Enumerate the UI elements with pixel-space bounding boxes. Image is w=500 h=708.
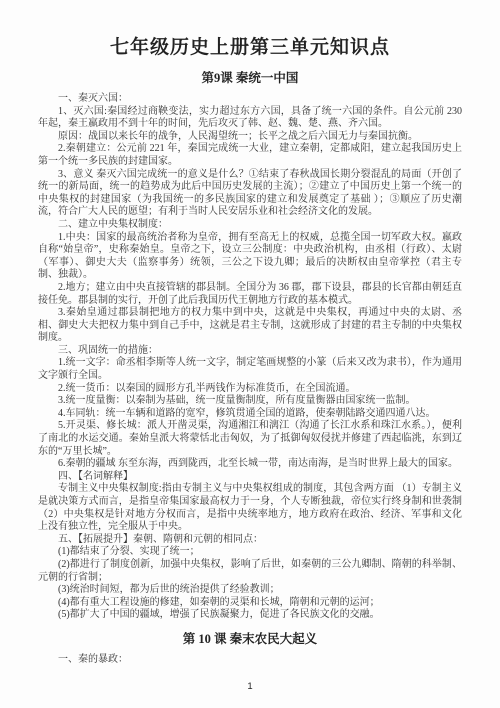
document-title: 七年级历史上册第三单元知识点 <box>38 32 462 59</box>
paragraph: 原因：战国以来长年的战争，人民渴望统一；长平之战之后六国无力与秦国抗衡。 <box>38 131 462 144</box>
paragraph: 一、秦的暴政： <box>38 654 462 667</box>
lesson9-body: 一、秦灭六国：1、灭六国:秦国经过商鞅变法，实力超过东方六国，具备了统一六国的条… <box>38 93 462 622</box>
paragraph: 1.中央：国家的最高统治者称为皇帝，拥有至高无上的权威，总揽全国一切军政大权。嬴… <box>38 232 462 282</box>
paragraph: (4)都有重大工程设施的修建，如秦朝的灵渠和长城，隋朝和元朝的运河； <box>38 597 462 610</box>
paragraph: 1、灭六国:秦国经过商鞅变法，实力超过东方六国，具备了统一六国的条件。自公元前 … <box>38 106 462 131</box>
paragraph: 3、意义 秦灭六国完成统一的意义是什么？①结束了春秋战国长期分裂混乱的局面（开创… <box>38 169 462 219</box>
paragraph: 专制主义中央集权制度:指由专制主义与中央集权组成的制度，其包含两方面 （1）专制… <box>38 483 462 533</box>
paragraph: (5)都扩大了中国的疆域，增强了民族凝聚力，促进了各民族文化的交融。 <box>38 609 462 622</box>
paragraph: 5.开灵渠、修长城：派人开凿灵渠，沟通湘江和漓江（沟通了长江水系和珠江水系。），… <box>38 420 462 458</box>
paragraph: 四、【名词解释】 <box>38 471 462 484</box>
paragraph: 二、建立中央集权制度： <box>38 219 462 232</box>
page-number: 1 <box>0 681 500 692</box>
paragraph: 一、秦灭六国： <box>38 93 462 106</box>
paragraph: (3)统治时间短，都为后世的统治提供了经验教训； <box>38 584 462 597</box>
lesson9-heading: 第9课 秦统一中国 <box>38 68 462 86</box>
lesson10-heading: 第 10 课 秦末农民大起义 <box>38 629 462 647</box>
lesson10-body: 一、秦的暴政： <box>38 654 462 667</box>
paragraph: 6.秦朝的疆域 东至东海，西到陇西，北至长城一带，南达南海，是当时世界上最大的国… <box>38 458 462 471</box>
paragraph: (1)都结束了分裂、实现了统一； <box>38 546 462 559</box>
paragraph: 2.地方；建立由中央直接管辖的郡县制。全国分为 36 郡，郡下设县，郡县的长官都… <box>38 282 462 307</box>
paragraph: 1.统一文字：命丞相李斯等人统一文字，制定笔画规整的小篆（后来又改为隶书），作为… <box>38 357 462 382</box>
paragraph: 3.统一度量衡：以秦制为基础，统一度量衡制度，所有度量衡器由国家统一监制。 <box>38 395 462 408</box>
document-page: 七年级历史上册第三单元知识点 第9课 秦统一中国 一、秦灭六国：1、灭六国:秦国… <box>0 0 500 708</box>
paragraph: 五、【拓展提升】秦朝、隋朝和元朝的相同点： <box>38 534 462 547</box>
paragraph: 3.秦始皇通过郡县制把地方的权力集中到中央，这就是中央集权，再通过中央的太尉、丞… <box>38 307 462 345</box>
paragraph: 4.车同轨：统一车辆和道路的宽窄，修筑贯通全国的道路，使秦朝陆路交通四通八达。 <box>38 408 462 421</box>
paragraph: 三、巩固统一的措施： <box>38 345 462 358</box>
paragraph: (2)都进行了制度创新，加强中央集权，影响了后世，如秦朝的三公九卿制、隋朝的科举… <box>38 559 462 584</box>
paragraph: 2.秦朝建立：公元前 221 年，秦国完成统一大业，建立秦朝，定都咸阳，建立起我… <box>38 143 462 168</box>
paragraph: 2.统一货币：以秦国的圆形方孔半两钱作为标准货币，在全国流通。 <box>38 383 462 396</box>
